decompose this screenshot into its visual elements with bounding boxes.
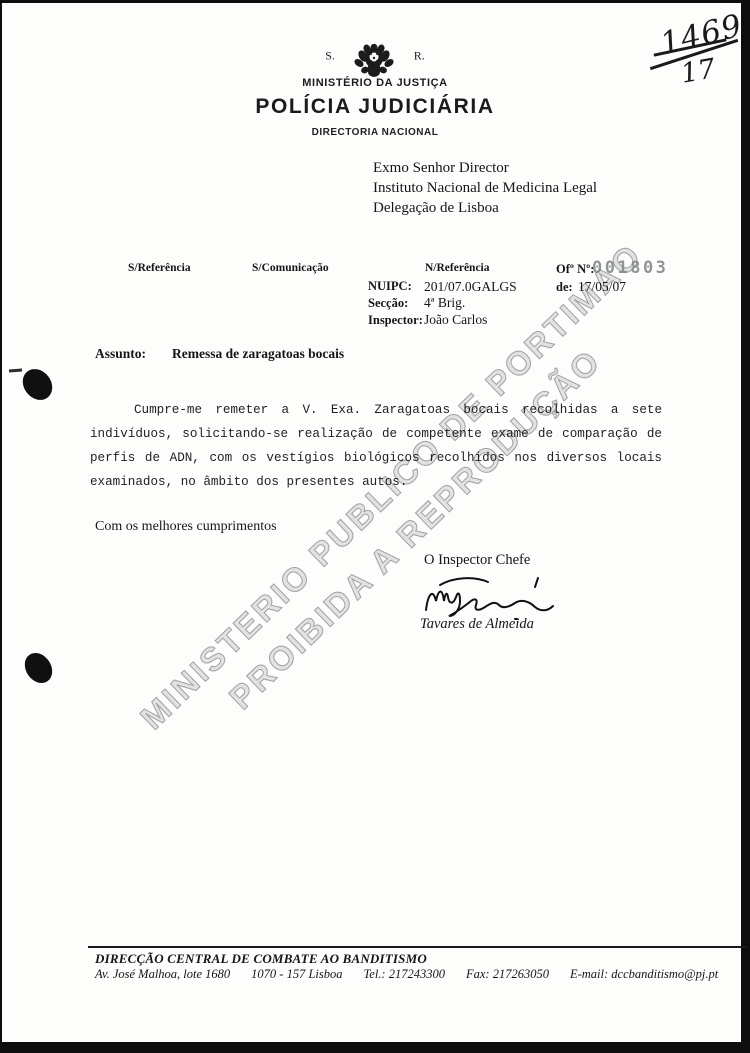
emblem-right-initial: R. — [414, 49, 425, 63]
footer-postal: 1070 - 157 Lisboa — [251, 967, 342, 982]
nuipc-value: 201/07.0GALGS — [424, 279, 517, 295]
footer-contact-row: Av. José Malhoa, lote 1680 1070 - 157 Li… — [95, 967, 718, 982]
signer-role: O Inspector Chefe — [424, 552, 530, 569]
body-line: examinados, no âmbito dos presentes auto… — [90, 470, 662, 494]
body-line: perfis de ADN, com os vestígios biológic… — [90, 446, 662, 470]
letter-body: Cumpre-me remeter a V. Exa. Zaragatoas b… — [90, 398, 662, 494]
addressee-block: Exmo Senhor Director Instituto Nacional … — [373, 158, 597, 218]
our-reference-label: N/Referência — [425, 262, 490, 274]
footer-email: E-mail: dccbanditismo@pj.pt — [570, 967, 718, 982]
pen-dash-mark — [9, 369, 22, 373]
office-number-label: Ofº Nº: — [556, 262, 594, 277]
nuipc-label: NUIPC: — [368, 279, 412, 294]
your-communication-label: S/Comunicação — [252, 262, 329, 274]
scan-edge-left — [0, 0, 2, 1053]
subject-label: Assunto: — [95, 346, 146, 361]
addressee-line: Exmo Senhor Director — [373, 158, 597, 178]
footer-department: DIRECÇÃO CENTRAL DE COMBATE AO BANDITISM… — [95, 951, 427, 967]
closing-regards: Com os melhores cumprimentos — [95, 519, 277, 535]
inspector-value: João Carlos — [424, 312, 487, 328]
date-label: de: — [556, 280, 573, 295]
inspector-label: Inspector: — [368, 313, 423, 328]
scanned-letter-page: MINISTERIO PUBLICO DE PORTIMAO PROIBIDA … — [0, 0, 750, 1053]
scan-edge-top — [0, 0, 750, 3]
footer-phone: Tel.: 217243300 — [363, 967, 445, 982]
section-value: 4ª Brig. — [424, 295, 465, 311]
your-reference-label: S/Referência — [128, 262, 191, 274]
footer-address: Av. José Malhoa, lote 1680 — [95, 967, 230, 982]
section-label: Secção: — [368, 296, 408, 311]
scan-edge-right — [741, 0, 750, 1053]
body-line: indivíduos, solicitando-se realização de… — [90, 422, 662, 446]
organization-title: POLÍCIA JUDICIÁRIA — [0, 95, 750, 119]
footer-fax: Fax: 217263050 — [466, 967, 549, 982]
emblem-left-initial: S. — [325, 49, 335, 63]
ink-blot-bottom — [19, 648, 58, 689]
addressee-line: Delegação de Lisboa — [373, 198, 597, 218]
subject-value: Remessa de zaragatoas bocais — [172, 346, 344, 361]
ministry-title: MINISTÉRIO DA JUSTIÇA — [0, 77, 750, 89]
ink-blot-top — [17, 363, 59, 406]
division-title: DIRECTORIA NACIONAL — [0, 127, 750, 138]
addressee-line: Instituto Nacional de Medicina Legal — [373, 178, 597, 198]
signer-name: Tavares de Almeida — [420, 616, 534, 633]
subject-row: Assunto:Remessa de zaragatoas bocais — [95, 346, 344, 362]
scan-edge-bottom — [0, 1042, 750, 1053]
date-value: 17/05/07 — [578, 279, 626, 295]
office-number-stamp: 001803 — [592, 258, 668, 278]
footer-divider — [88, 946, 747, 948]
body-line: Cumpre-me remeter a V. Exa. Zaragatoas b… — [90, 398, 662, 422]
